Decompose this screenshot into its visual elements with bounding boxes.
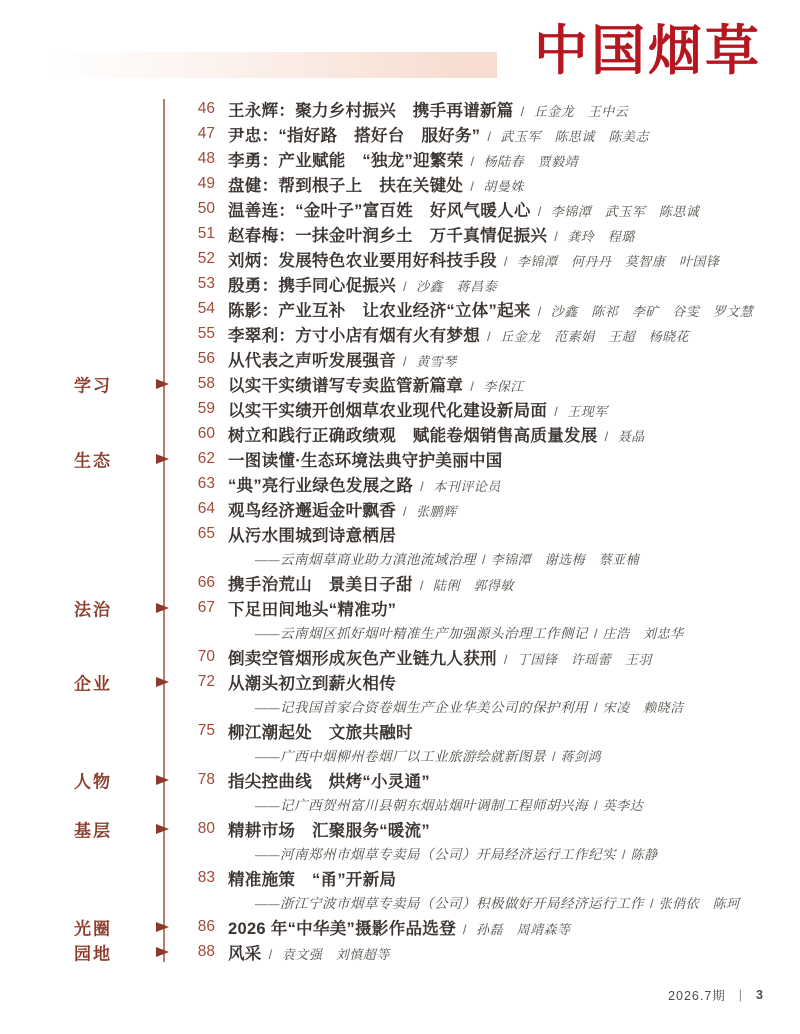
section-label: 学习	[74, 371, 112, 396]
toc-entry-row: 65 从污水围城到诗意栖居	[0, 521, 800, 546]
entry-page-number: 75	[0, 722, 215, 740]
section-arrow-icon	[156, 379, 169, 389]
entry-page-number: 51	[0, 225, 215, 243]
author-slash: /	[554, 404, 558, 419]
entry-subtitle: ——云南烟区抓好烟叶精准生产加强源头治理工作侧记	[255, 622, 588, 642]
author-slash: /	[470, 379, 474, 394]
entry-title: “典”亮行业绿色发展之路	[228, 472, 413, 496]
entry-title: 李翠利：方寸小店有烟有火有梦想	[228, 322, 480, 346]
toc-entry-row: 生态 62 一图读懂·生态环境法典守护美丽中国	[0, 446, 800, 471]
author-slash: /	[403, 354, 407, 369]
entry-page-number: 55	[0, 325, 215, 343]
entry-authors: 李锦潭 何丹丹 莫智康 叶国锋	[517, 254, 720, 269]
section-arrow-icon	[156, 824, 169, 834]
page-header: 中国烟草	[0, 0, 800, 96]
entry-page-number: 83	[0, 869, 215, 887]
author-slash: /	[538, 204, 542, 219]
section-arrow-icon	[156, 775, 169, 785]
author-slash: /	[463, 922, 467, 937]
entry-authors: 武玉军 陈思诚 陈美志	[500, 129, 649, 144]
author-slash: /	[605, 429, 609, 444]
entry-authors: 丘金龙 王中云	[534, 104, 629, 119]
section-label: 光圈	[74, 914, 112, 939]
entry-subtitle: ——云南烟草商业助力滇池流域治理	[255, 548, 476, 568]
toc-entry-row: 83 精准施策 “甬”开新局	[0, 865, 800, 890]
entry-page-number: 63	[0, 475, 215, 493]
entry-authors: 龚玲 程璐	[567, 229, 635, 244]
entry-authors: 胡曼姝	[483, 179, 524, 194]
toc-entry-row: 52 刘炳：发展特色农业要用好科技手段 / 李锦潭 何丹丹 莫智康 叶国锋	[0, 246, 800, 271]
toc-entry-row: 光圈 86 2026 年“中华美”摄影作品选登 / 孙磊 周靖森等	[0, 914, 800, 939]
toc-entry-row: 学习 58 以实干实绩谱写专卖监管新篇章 / 李保江	[0, 371, 800, 396]
author-slash: /	[538, 304, 542, 319]
toc-entry-row: 48 李勇：产业赋能 “独龙”迎繁荣 / 杨陆春 贾毅靖	[0, 146, 800, 171]
toc-entry-row: 法治 67 下足田间地头“精准功”	[0, 595, 800, 620]
toc-entry-row: 59 以实干实绩开创烟草农业现代化建设新局面 / 王现军	[0, 396, 800, 421]
entry-authors: 孙磊 周靖森等	[476, 922, 571, 937]
entry-title: 一图读懂·生态环境法典守护美丽中国	[228, 447, 503, 471]
toc-entry-row: 53 殷勇：携手同心促振兴 / 沙鑫 蒋昌泰	[0, 271, 800, 296]
toc-entry-row: 企业 72 从潮头初立到薪火相传	[0, 669, 800, 694]
section-label: 生态	[74, 446, 112, 471]
entry-title: 携手治荒山 景美日子甜	[228, 571, 413, 595]
entry-authors: 本刊评论员	[433, 479, 501, 494]
section-arrow-icon	[156, 454, 169, 464]
entry-title: 温善连：“金叶子”富百姓 好风气暖人心	[228, 197, 531, 221]
entry-authors: 李保江	[483, 379, 524, 394]
section-label: 法治	[74, 595, 112, 620]
entry-title: 盘健：帮到根子上 扶在关键处	[228, 172, 463, 196]
entry-authors: 张鹏辉	[416, 504, 457, 519]
entry-subtitle: ——记我国首家合资卷烟生产企业华美公司的保护利用	[255, 696, 588, 716]
author-slash: /	[650, 896, 654, 911]
entry-authors: 聂晶	[618, 429, 645, 444]
entry-authors: 丘金龙 范素娟 王超 杨晓花	[500, 329, 689, 344]
toc-entry-row: 75 柳江潮起处 文旅共融时	[0, 718, 800, 743]
entry-page-number: 52	[0, 250, 215, 268]
entry-title: 树立和践行正确政绩观 赋能卷烟销售高质量发展	[228, 422, 598, 446]
toc-entry-row: 66 携手治荒山 景美日子甜 / 陆俐 郭得敏	[0, 570, 800, 595]
entry-authors: 袁文强 刘慎超等	[282, 947, 390, 962]
entry-title: 刘炳：发展特色农业要用好科技手段	[228, 247, 497, 271]
entry-page-number: 64	[0, 500, 215, 518]
entry-title: 观鸟经济邂逅金叶飘香	[228, 497, 396, 521]
toc-entry-row: 人物 78 指尖控曲线 烘烤“小灵通”	[0, 767, 800, 792]
toc-entry-row: 50 温善连：“金叶子”富百姓 好风气暖人心 / 李锦潭 武玉军 陈思诚	[0, 196, 800, 221]
entry-authors: 丁国锋 许瑶蕾 王羽	[517, 652, 652, 667]
entry-title: 从污水围城到诗意栖居	[228, 522, 396, 546]
author-slash: /	[482, 552, 486, 567]
toc-entry-subtitle-row: ——记广西贺州富川县朝东烟站烟叶调制工程师胡兴海 / 英李达	[0, 792, 800, 816]
entry-page-number: 54	[0, 300, 215, 318]
entry-sub-authors: 蒋剑鸿	[561, 746, 602, 765]
author-slash: /	[470, 179, 474, 194]
entry-page-number: 47	[0, 125, 215, 143]
author-slash: /	[594, 700, 598, 715]
entry-authors: 沙鑫 蒋昌泰	[416, 279, 497, 294]
toc-entry-row: 60 树立和践行正确政绩观 赋能卷烟销售高质量发展 / 聂晶	[0, 421, 800, 446]
toc-entry-row: 54 陈影：产业互补 让农业经济“立体”起来 / 沙鑫 陈祁 李矿 谷雯 罗文慧	[0, 296, 800, 321]
entry-sub-authors: 张俏依 陈珂	[659, 893, 740, 912]
author-slash: /	[471, 154, 475, 169]
entry-title: 殷勇：携手同心促振兴	[228, 272, 396, 296]
entry-page-number: 46	[0, 100, 215, 118]
entry-title: 倒卖空管烟形成灰色产业链九人获刑	[228, 645, 497, 669]
page-footer: 2026.7期 | 3	[668, 986, 764, 1004]
author-slash: /	[552, 749, 556, 764]
entry-title: 尹忠：“指好路 搭好台 服好务”	[228, 122, 480, 146]
author-slash: /	[594, 626, 598, 641]
section-arrow-icon	[156, 947, 169, 957]
author-slash: /	[269, 947, 273, 962]
author-slash: /	[403, 279, 407, 294]
author-slash: /	[403, 504, 407, 519]
entry-title: 从代表之声听发展强音	[228, 347, 396, 371]
toc-entry-row: 基层 80 精耕市场 汇聚服务“暖流”	[0, 816, 800, 841]
section-label: 基层	[74, 816, 112, 841]
entry-sub-authors: 宋凌 赖晓洁	[603, 697, 684, 716]
entry-subtitle: ——记广西贺州富川县朝东烟站烟叶调制工程师胡兴海	[255, 794, 588, 814]
author-slash: /	[622, 847, 626, 862]
author-slash: /	[504, 254, 508, 269]
entry-subtitle: ——广西中烟柳州卷烟厂以工业旅游绘就新图景	[255, 745, 546, 765]
issue-label: 2026.7期	[668, 986, 726, 1004]
entry-subtitle: ——浙江宁波市烟草专卖局（公司）积极做好开局经济运行工作	[255, 892, 644, 912]
entry-title: 王永辉：聚力乡村振兴 携手再谱新篇	[228, 97, 514, 121]
entry-title: 风采	[228, 940, 262, 964]
entry-authors: 王现军	[567, 404, 608, 419]
footer-separator: |	[739, 988, 743, 1002]
toc-list: 46 王永辉：聚力乡村振兴 携手再谱新篇 / 丘金龙 王中云 47 尹忠：“指好…	[0, 96, 800, 964]
toc-entry-row: 49 盘健：帮到根子上 扶在关键处 / 胡曼姝	[0, 171, 800, 196]
toc-entry-row: 63 “典”亮行业绿色发展之路 / 本刊评论员	[0, 471, 800, 496]
toc-entry-row: 64 观鸟经济邂逅金叶飘香 / 张鹏辉	[0, 496, 800, 521]
toc-entry-subtitle-row: ——浙江宁波市烟草专卖局（公司）积极做好开局经济运行工作 / 张俏依 陈珂	[0, 890, 800, 914]
section-label: 人物	[74, 767, 112, 792]
entry-authors: 李锦潭 武玉军 陈思诚	[551, 204, 700, 219]
entry-title: 柳江潮起处 文旅共融时	[228, 719, 413, 743]
entry-page-number: 48	[0, 150, 215, 168]
entry-title: 以实干实绩开创烟草农业现代化建设新局面	[228, 397, 547, 421]
toc-entry-row: 55 李翠利：方寸小店有烟有火有梦想 / 丘金龙 范素娟 王超 杨晓花	[0, 321, 800, 346]
page-indicator: 3	[756, 988, 764, 1002]
entry-authors: 沙鑫 陈祁 李矿 谷雯 罗文慧	[551, 304, 754, 319]
entry-authors: 黄雪琴	[416, 354, 457, 369]
toc-entry-subtitle-row: ——记我国首家合资卷烟生产企业华美公司的保护利用 / 宋凌 赖晓洁	[0, 694, 800, 718]
author-slash: /	[420, 578, 424, 593]
entry-page-number: 50	[0, 200, 215, 218]
toc-entry-row: 70 倒卖空管烟形成灰色产业链九人获刑 / 丁国锋 许瑶蕾 王羽	[0, 644, 800, 669]
entry-sub-authors: 陈静	[631, 844, 658, 863]
magazine-toc-page: 中国烟草 46 王永辉：聚力乡村振兴 携手再谱新篇 / 丘金龙 王中云 47 尹…	[0, 0, 800, 1034]
entry-title: 下足田间地头“精准功”	[228, 596, 396, 620]
section-arrow-icon	[156, 922, 169, 932]
entry-page-number: 60	[0, 425, 215, 443]
entry-page-number: 70	[0, 648, 215, 666]
entry-subtitle: ——河南郑州市烟草专卖局（公司）开局经济运行工作纪实	[255, 843, 616, 863]
toc-entry-subtitle-row: ——广西中烟柳州卷烟厂以工业旅游绘就新图景 / 蒋剑鸿	[0, 743, 800, 767]
entry-page-number: 66	[0, 574, 215, 592]
entry-page-number: 65	[0, 525, 215, 543]
toc-entry-row: 51 赵春梅：一抹金叶润乡土 万千真情促振兴 / 龚玲 程璐	[0, 221, 800, 246]
section-arrow-icon	[156, 603, 169, 613]
header-gradient-band	[45, 52, 497, 78]
toc-entry-subtitle-row: ——云南烟草商业助力滇池流域治理 / 李锦潭 谢选梅 蔡亚楠	[0, 546, 800, 570]
entry-page-number: 49	[0, 175, 215, 193]
entry-page-number: 56	[0, 350, 215, 368]
entry-authors: 杨陆春 贾毅靖	[484, 154, 579, 169]
section-arrow-icon	[156, 677, 169, 687]
toc-entry-row: 56 从代表之声听发展强音 / 黄雪琴	[0, 346, 800, 371]
entry-title: 精准施策 “甬”开新局	[228, 866, 396, 890]
toc-entry-row: 47 尹忠：“指好路 搭好台 服好务” / 武玉军 陈思诚 陈美志	[0, 121, 800, 146]
author-slash: /	[504, 652, 508, 667]
entry-sub-authors: 李锦潭 谢选梅 蔡亚楠	[491, 549, 640, 568]
entry-title: 从潮头初立到薪火相传	[228, 670, 396, 694]
author-slash: /	[554, 229, 558, 244]
entry-title: 陈影：产业互补 让农业经济“立体”起来	[228, 297, 531, 321]
entry-authors: 陆俐 郭得敏	[433, 578, 514, 593]
entry-page-number: 53	[0, 275, 215, 293]
entry-page-number: 59	[0, 400, 215, 418]
section-label: 园地	[74, 939, 112, 964]
entry-sub-authors: 庄浩 刘忠华	[603, 623, 684, 642]
author-slash: /	[487, 329, 491, 344]
entry-title: 赵春梅：一抹金叶润乡土 万千真情促振兴	[228, 222, 547, 246]
toc-entry-subtitle-row: ——河南郑州市烟草专卖局（公司）开局经济运行工作纪实 / 陈静	[0, 841, 800, 865]
entry-sub-authors: 英李达	[603, 795, 644, 814]
toc-entry-row: 46 王永辉：聚力乡村振兴 携手再谱新篇 / 丘金龙 王中云	[0, 96, 800, 121]
magazine-logo: 中国烟草	[534, 24, 762, 78]
entry-title: 精耕市场 汇聚服务“暖流”	[228, 817, 430, 841]
entry-title: 2026 年“中华美”摄影作品选登	[228, 915, 456, 939]
author-slash: /	[594, 798, 598, 813]
author-slash: /	[487, 129, 491, 144]
toc-entry-subtitle-row: ——云南烟区抓好烟叶精准生产加强源头治理工作侧记 / 庄浩 刘忠华	[0, 620, 800, 644]
entry-title: 指尖控曲线 烘烤“小灵通”	[228, 768, 430, 792]
toc-entry-row: 园地 88 风采 / 袁文强 刘慎超等	[0, 939, 800, 964]
section-label: 企业	[74, 669, 112, 694]
entry-title: 以实干实绩谱写专卖监管新篇章	[228, 372, 463, 396]
author-slash: /	[420, 479, 424, 494]
author-slash: /	[521, 104, 525, 119]
entry-title: 李勇：产业赋能 “独龙”迎繁荣	[228, 147, 464, 171]
